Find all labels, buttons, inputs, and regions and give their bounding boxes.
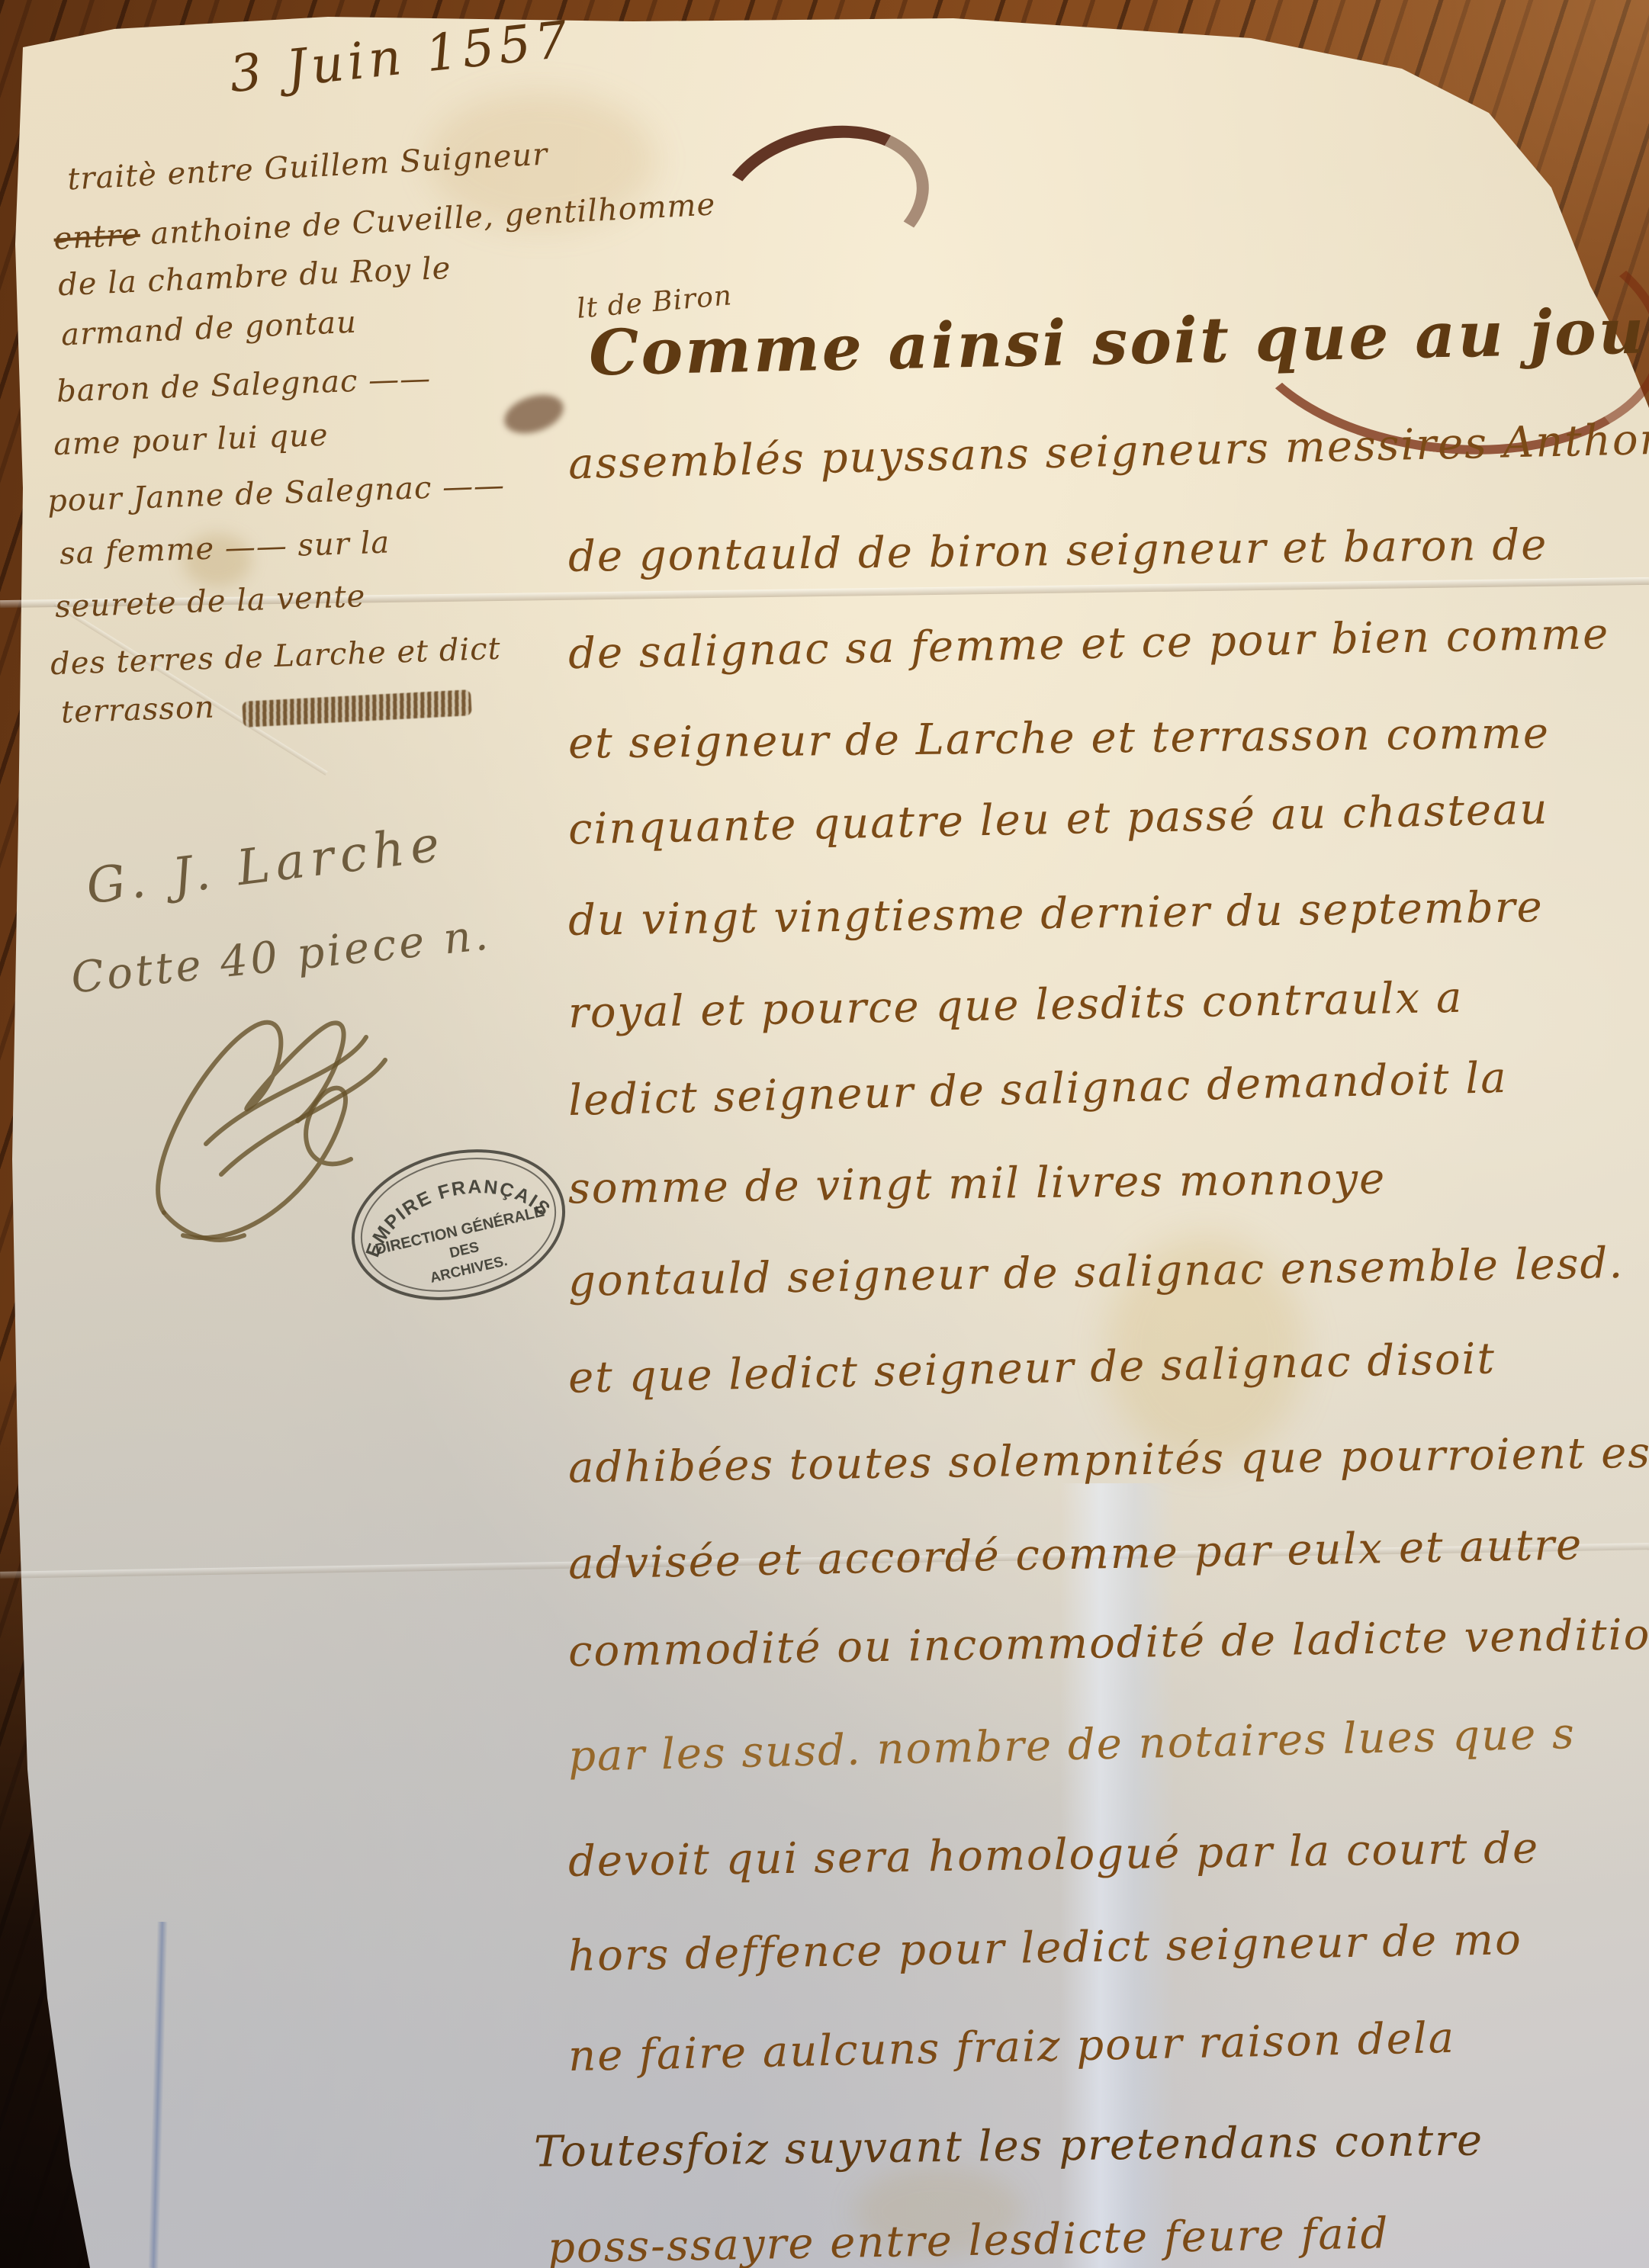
struck-word: entre [53, 217, 141, 257]
manuscript-line: et seigneur de Larche et terrasson comme [568, 708, 1551, 768]
manuscript-line: somme de vingt mil livres monnoye [568, 1154, 1387, 1213]
stamp-row2: DES [448, 1239, 481, 1261]
manuscript-photo: 3 Juin 1557 traitè entre Guillem Suigneu… [0, 0, 1649, 2268]
stamp-row3: ARCHIVES. [429, 1253, 509, 1287]
margin-note-line: terrasson [60, 689, 215, 730]
